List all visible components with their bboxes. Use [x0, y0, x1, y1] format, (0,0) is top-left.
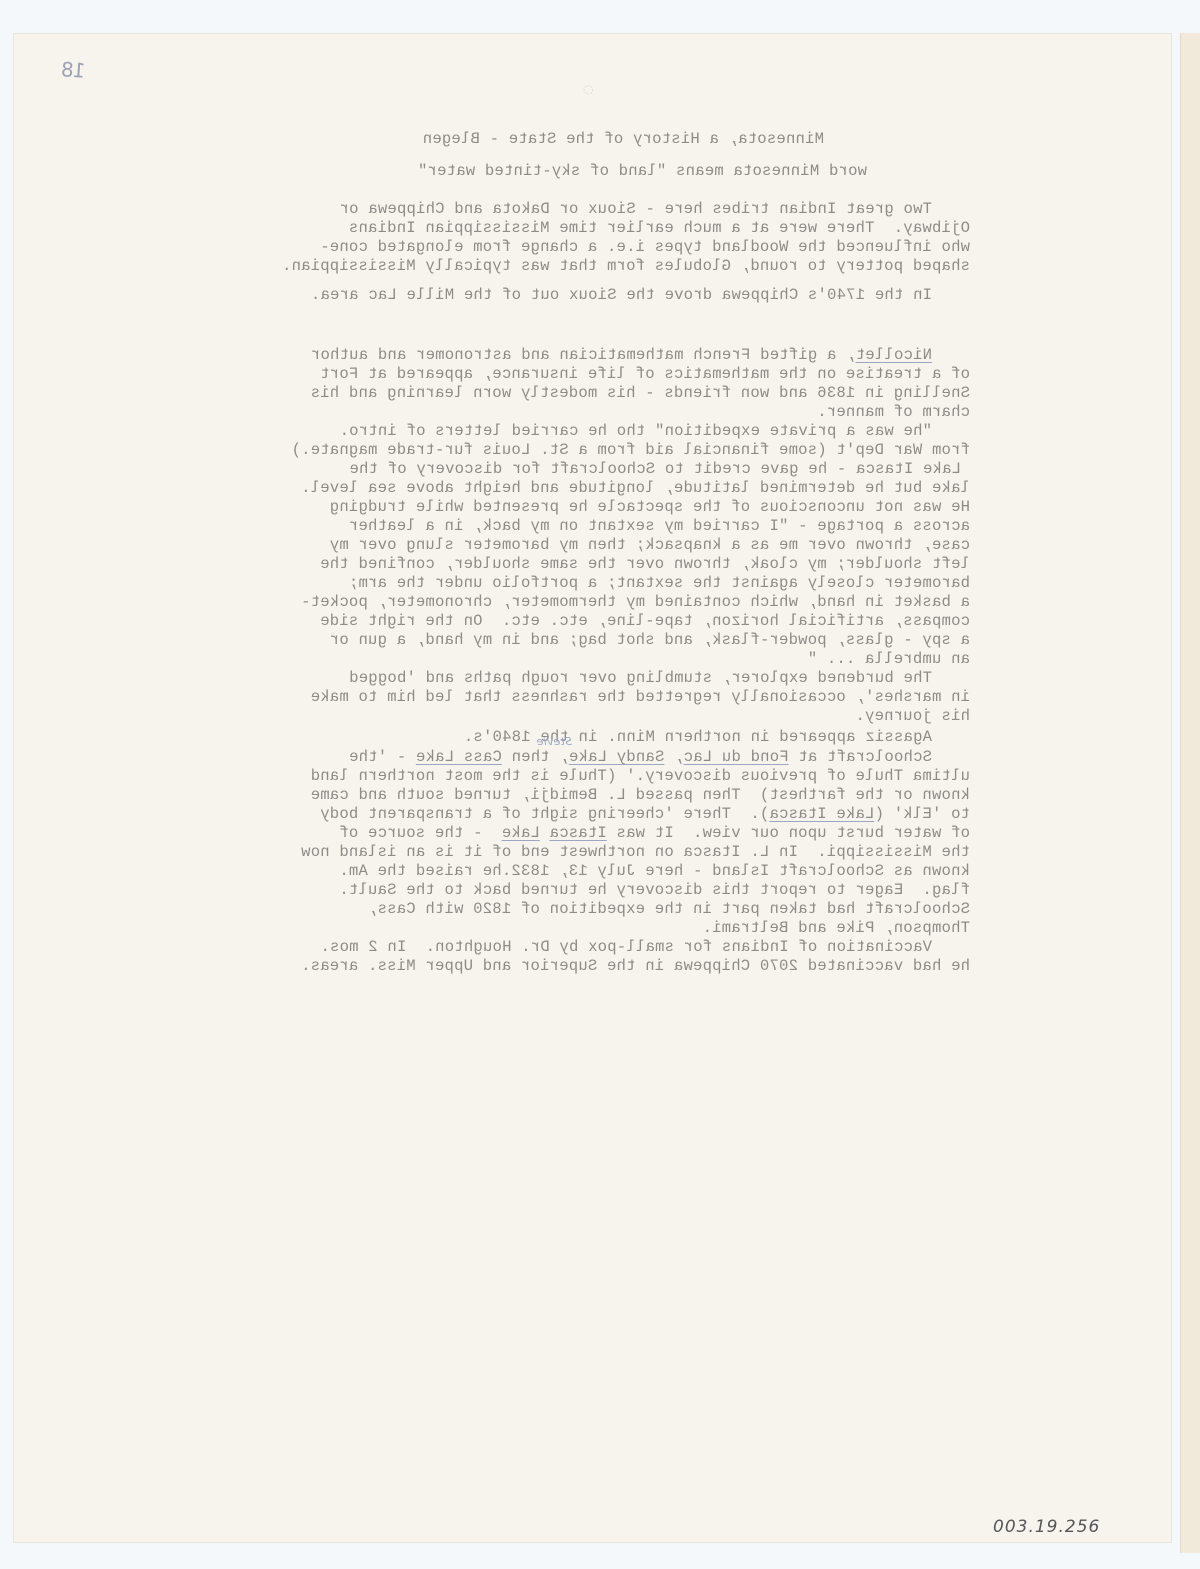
text-line: charm of manner. — [817, 403, 970, 422]
accession-number: 003.19.256 — [993, 1517, 1100, 1537]
text-line: Ojibway. There were at a much earlier ti… — [349, 219, 970, 238]
text-line: ultima Thule of previous discovery.' (Th… — [311, 767, 971, 786]
pencil-page-number: 18 — [61, 57, 86, 83]
text-line: who influenced the Woodland types i.e. a… — [320, 238, 970, 257]
text-line: compass, artificial horizon, tape-line, … — [320, 612, 970, 631]
text-line: Lake Itasca - he gave credit to Schoolcr… — [349, 460, 961, 479]
text-line: Schoolcraft at Fond du Lac, Sandy Lake, … — [349, 748, 932, 767]
text-line: across a portage - "I carried my sextant… — [349, 517, 970, 536]
text-line: a basket in hand, which contained my the… — [301, 593, 970, 612]
text-line: Vaccination of Indians for small-pox by … — [320, 938, 932, 957]
text-line: known as Schoolcraft Island - here July … — [339, 862, 970, 881]
text-line: case, thrown over me as a knapsack; then… — [330, 536, 970, 555]
text-line: from War Dep't (some financial aid from … — [291, 441, 970, 460]
faint-stamp-mark: ◌ — [583, 82, 593, 96]
text-line: Schoolcraft had taken part in the expedi… — [368, 900, 970, 919]
text-line: Agassiz appeared in northern Minn. in th… — [464, 728, 932, 747]
text-line: Snelling in 1836 and won friends - his m… — [311, 384, 971, 403]
text-line: to 'Elk' (Lake Itasca). There 'cheering … — [320, 805, 970, 824]
text-line: an umbrella ... " — [808, 650, 970, 669]
text-line: He was not unconscious of the spectacle … — [330, 498, 970, 517]
text-line: his journey. — [855, 707, 970, 726]
text-line: Minnesota, a History of the State - Bleg… — [423, 130, 824, 149]
text-line: flag. Eager to report this discovery he … — [339, 881, 970, 900]
text-line: shaped pottery to round, Globules form t… — [282, 257, 970, 276]
text-line: he had vaccinated 2070 Chippewa in the S… — [301, 957, 970, 976]
text-line: The burdened explorer, stumbling over ro… — [349, 669, 932, 688]
text-line: the Mississippi. In L. Itasca on northwe… — [301, 843, 970, 862]
text-line: left shoulder; my cloak, thrown over the… — [320, 555, 970, 574]
adjacent-page-edge — [1180, 33, 1200, 1553]
text-line: word Minnesota means "land of sky-tinted… — [418, 162, 867, 181]
text-line: a spy - glass, powder-flask, and shot ba… — [330, 631, 970, 650]
handwritten-annotation: Stevie — [536, 735, 572, 748]
text-line: in marshes', occasionally regretted the … — [311, 688, 971, 707]
text-line: Two great Indian tribes here - Sioux or … — [339, 200, 932, 219]
text-line: of a treatise on the mathematics of life… — [320, 365, 970, 384]
text-line: barometer closely against the sextant; a… — [349, 574, 970, 593]
text-line: "he was a private expedition" tho he car… — [339, 422, 932, 441]
text-line: Thompson, Pike and Beltrami. — [702, 919, 970, 938]
text-line: of water burst upon our view. It was Ita… — [339, 824, 970, 843]
text-line: known or the farthest) Then passed L. Be… — [311, 786, 971, 805]
text-line: lake but he determined latitude, longitu… — [301, 479, 970, 498]
text-line: Nicollet, a gifted French mathematician … — [311, 346, 932, 365]
text-line: In the 1740's Chippewa drove the Sioux o… — [311, 286, 932, 305]
